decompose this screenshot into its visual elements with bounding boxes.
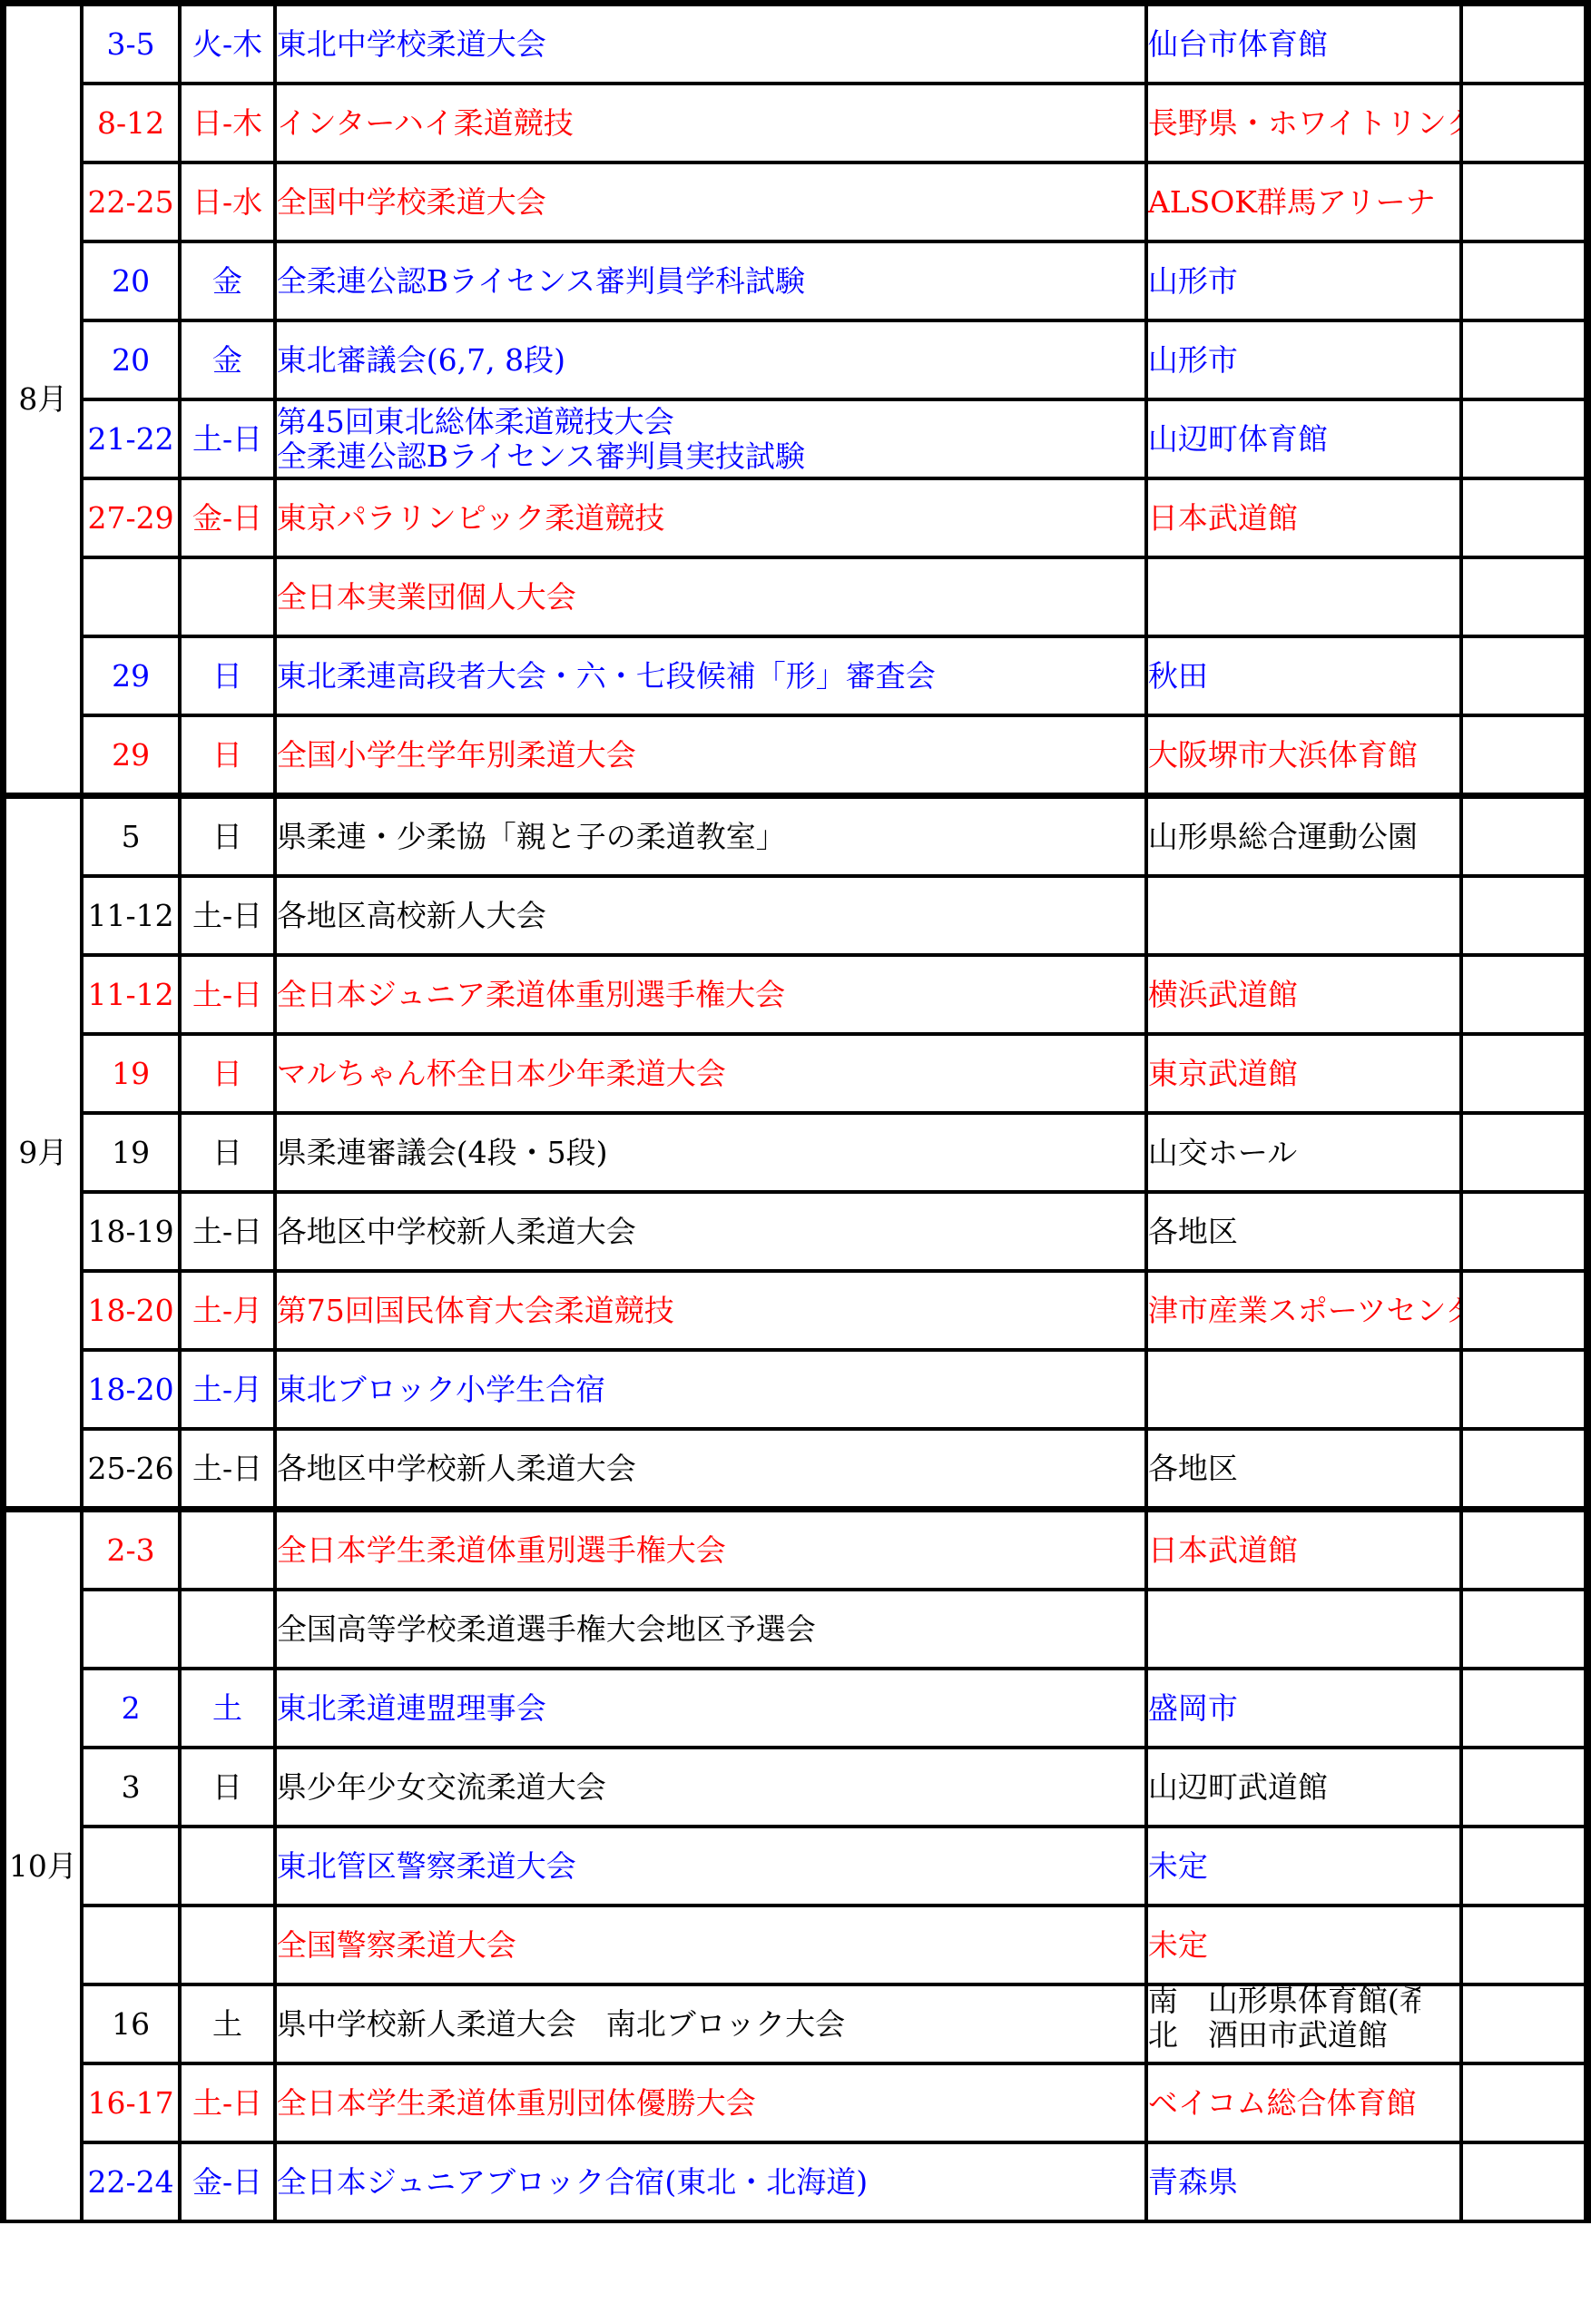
table-row: 29日東北柔連高段者大会・六・七段候補「形」審査会秋田 <box>4 636 1588 715</box>
table-row: 全国警察柔道大会未定 <box>4 1905 1588 1984</box>
event-cell: 県柔連・少柔協「親と子の柔道教室」 <box>275 796 1146 877</box>
weekday-cell: 土-月 <box>180 1350 274 1429</box>
notes-cell <box>1461 1905 1587 1984</box>
notes-cell <box>1461 2142 1587 2221</box>
venue-cell: ベイコム総合体育館 <box>1146 2063 1461 2142</box>
weekday-cell: 日 <box>180 1748 274 1827</box>
table-row: 18-20土-月第75回国民体育大会柔道競技津市産業スポーツセンター <box>4 1271 1588 1350</box>
date-cell: 3 <box>82 1748 180 1827</box>
weekday-cell: 火-木 <box>180 4 274 84</box>
event-cell: 第45回東北総体柔道競技大会全柔連公認Bライセンス審判員実技試験 <box>275 399 1146 478</box>
notes-cell <box>1461 1748 1587 1827</box>
date-cell: 3-5 <box>82 4 180 84</box>
notes-cell <box>1461 241 1587 320</box>
weekday-cell <box>180 1510 274 1590</box>
table-row: 29日全国小学生学年別柔道大会大阪堺市大浜体育館 <box>4 715 1588 796</box>
weekday-cell: 金 <box>180 320 274 399</box>
schedule-body: 8月3-5火-木東北中学校柔道大会仙台市体育館8-12日-木インターハイ柔道競技… <box>4 4 1588 2222</box>
date-cell: 20 <box>82 241 180 320</box>
table-row: 10月2-3全日本学生柔道体重別選手権大会日本武道館 <box>4 1510 1588 1590</box>
weekday-cell: 日 <box>180 715 274 796</box>
venue-cell: ALSOK群馬アリーナ <box>1146 162 1461 241</box>
weekday-cell <box>180 1590 274 1669</box>
event-cell: 各地区中学校新人柔道大会 <box>275 1192 1146 1271</box>
event-cell: 第75回国民体育大会柔道競技 <box>275 1271 1146 1350</box>
venue-cell <box>1146 876 1461 955</box>
table-row: 19日マルちゃん杯全日本少年柔道大会東京武道館 <box>4 1034 1588 1113</box>
table-row: 21-22土-日第45回東北総体柔道競技大会全柔連公認Bライセンス審判員実技試験… <box>4 399 1588 478</box>
event-cell: 東北中学校柔道大会 <box>275 4 1146 84</box>
date-cell: 5 <box>82 796 180 877</box>
table-row: 19日県柔連審議会(4段・5段)山交ホール <box>4 1113 1588 1192</box>
event-cell: 全日本実業団個人大会 <box>275 557 1146 636</box>
event-cell: 全日本ジュニアブロック合宿(東北・北海道) <box>275 2142 1146 2221</box>
table-row: 11-12土-日各地区高校新人大会 <box>4 876 1588 955</box>
weekday-cell: 日-水 <box>180 162 274 241</box>
event-line: 全柔連公認Bライセンス審判員実技試験 <box>277 439 1144 474</box>
event-cell: 県柔連審議会(4段・5段) <box>275 1113 1146 1192</box>
notes-cell <box>1461 1429 1587 1510</box>
event-cell: 県少年少女交流柔道大会 <box>275 1748 1146 1827</box>
venue-cell: 仙台市体育館 <box>1146 4 1461 84</box>
table-row: 8月3-5火-木東北中学校柔道大会仙台市体育館 <box>4 4 1588 84</box>
venue-cell: 盛岡市 <box>1146 1669 1461 1748</box>
date-cell <box>82 557 180 636</box>
date-cell: 2 <box>82 1669 180 1748</box>
weekday-cell: 日 <box>180 796 274 877</box>
notes-cell <box>1461 1271 1587 1350</box>
date-cell: 19 <box>82 1113 180 1192</box>
venue-cell: 日本武道館 <box>1146 478 1461 557</box>
notes-cell <box>1461 1984 1587 2063</box>
table-row: 16-17土-日全日本学生柔道体重別団体優勝大会ベイコム総合体育館 <box>4 2063 1588 2142</box>
date-cell: 11-12 <box>82 876 180 955</box>
notes-cell <box>1461 84 1587 162</box>
notes-cell <box>1461 320 1587 399</box>
event-cell: 東北管区警察柔道大会 <box>275 1827 1146 1905</box>
weekday-cell: 土-日 <box>180 2063 274 2142</box>
venue-cell: 山辺町体育館 <box>1146 399 1461 478</box>
table-row: 20金東北審議会(6,7, 8段)山形市 <box>4 320 1588 399</box>
notes-cell <box>1461 478 1587 557</box>
event-cell: 各地区中学校新人柔道大会 <box>275 1429 1146 1510</box>
weekday-cell: 日-木 <box>180 84 274 162</box>
notes-cell <box>1461 162 1587 241</box>
venue-cell: 津市産業スポーツセンター <box>1146 1271 1461 1350</box>
notes-cell <box>1461 1827 1587 1905</box>
date-cell: 16 <box>82 1984 180 2063</box>
weekday-cell: 金-日 <box>180 478 274 557</box>
weekday-cell: 金-日 <box>180 2142 274 2221</box>
venue-cell: 秋田 <box>1146 636 1461 715</box>
notes-cell <box>1461 636 1587 715</box>
date-cell: 27-29 <box>82 478 180 557</box>
date-cell: 29 <box>82 636 180 715</box>
weekday-cell: 土 <box>180 1984 274 2063</box>
weekday-cell: 日 <box>180 1113 274 1192</box>
venue-line: 北 酒田市武道館 <box>1148 2018 1420 2053</box>
weekday-cell: 土-日 <box>180 1429 274 1510</box>
event-cell: 全日本学生柔道体重別選手権大会 <box>275 1510 1146 1590</box>
date-cell <box>82 1590 180 1669</box>
date-cell: 18-19 <box>82 1192 180 1271</box>
date-cell: 22-24 <box>82 2142 180 2221</box>
venue-cell: 山形県総合運動公園 <box>1146 796 1461 877</box>
notes-cell <box>1461 1590 1587 1669</box>
date-cell: 18-20 <box>82 1271 180 1350</box>
weekday-cell: 土-日 <box>180 399 274 478</box>
event-cell: 東北柔連高段者大会・六・七段候補「形」審査会 <box>275 636 1146 715</box>
date-cell: 25-26 <box>82 1429 180 1510</box>
event-cell: 各地区高校新人大会 <box>275 876 1146 955</box>
weekday-cell <box>180 1905 274 1984</box>
event-line: 第45回東北総体柔道競技大会 <box>277 405 1144 439</box>
date-cell: 20 <box>82 320 180 399</box>
venue-cell <box>1146 557 1461 636</box>
event-cell: 東北柔道連盟理事会 <box>275 1669 1146 1748</box>
weekday-cell: 土-日 <box>180 955 274 1034</box>
date-cell <box>82 1905 180 1984</box>
notes-cell <box>1461 876 1587 955</box>
date-cell: 8-12 <box>82 84 180 162</box>
table-row: 16土県中学校新人柔道大会 南北ブロック大会南 山形県体育館(希望)北 酒田市武… <box>4 1984 1588 2063</box>
notes-cell <box>1461 1510 1587 1590</box>
venue-cell: 各地区 <box>1146 1192 1461 1271</box>
date-cell: 29 <box>82 715 180 796</box>
event-cell: マルちゃん杯全日本少年柔道大会 <box>275 1034 1146 1113</box>
event-cell: 全国小学生学年別柔道大会 <box>275 715 1146 796</box>
notes-cell <box>1461 1350 1587 1429</box>
month-label: 9月 <box>4 796 82 1510</box>
venue-cell <box>1146 1590 1461 1669</box>
date-cell: 19 <box>82 1034 180 1113</box>
weekday-cell: 土-日 <box>180 1192 274 1271</box>
notes-cell <box>1461 2063 1587 2142</box>
table-row: 18-20土-月東北ブロック小学生合宿 <box>4 1350 1588 1429</box>
venue-cell: 南 山形県体育館(希望)北 酒田市武道館 <box>1146 1984 1461 2063</box>
venue-cell: 青森県 <box>1146 2142 1461 2221</box>
event-cell: 全日本ジュニア柔道体重別選手権大会 <box>275 955 1146 1034</box>
event-cell: 全国中学校柔道大会 <box>275 162 1146 241</box>
weekday-cell: 日 <box>180 636 274 715</box>
venue-cell: 山形市 <box>1146 320 1461 399</box>
date-cell: 16-17 <box>82 2063 180 2142</box>
event-cell: 全柔連公認Bライセンス審判員学科試験 <box>275 241 1146 320</box>
table-row: 27-29金-日東京パラリンピック柔道競技日本武道館 <box>4 478 1588 557</box>
table-row: 2土東北柔道連盟理事会盛岡市 <box>4 1669 1588 1748</box>
date-cell: 18-20 <box>82 1350 180 1429</box>
venue-cell: 大阪堺市大浜体育館 <box>1146 715 1461 796</box>
event-cell: 全国警察柔道大会 <box>275 1905 1146 1984</box>
weekday-cell: 日 <box>180 1034 274 1113</box>
weekday-cell: 土-日 <box>180 876 274 955</box>
weekday-cell: 土-月 <box>180 1271 274 1350</box>
table-row: 3日県少年少女交流柔道大会山辺町武道館 <box>4 1748 1588 1827</box>
venue-cell: 横浜武道館 <box>1146 955 1461 1034</box>
notes-cell <box>1461 399 1587 478</box>
venue-cell: 未定 <box>1146 1905 1461 1984</box>
notes-cell <box>1461 4 1587 84</box>
event-cell: 全日本学生柔道体重別団体優勝大会 <box>275 2063 1146 2142</box>
event-cell: 東北ブロック小学生合宿 <box>275 1350 1146 1429</box>
month-label: 10月 <box>4 1510 82 2222</box>
notes-cell <box>1461 557 1587 636</box>
venue-cell: 山交ホール <box>1146 1113 1461 1192</box>
table-row: 8-12日-木インターハイ柔道競技長野県・ホワイトリンク <box>4 84 1588 162</box>
notes-cell <box>1461 955 1587 1034</box>
notes-cell <box>1461 1669 1587 1748</box>
event-cell: 東京パラリンピック柔道競技 <box>275 478 1146 557</box>
notes-cell <box>1461 1034 1587 1113</box>
venue-cell: 山辺町武道館 <box>1146 1748 1461 1827</box>
event-schedule-table: 8月3-5火-木東北中学校柔道大会仙台市体育館8-12日-木インターハイ柔道競技… <box>0 0 1591 2223</box>
table-row: 25-26土-日各地区中学校新人柔道大会各地区 <box>4 1429 1588 1510</box>
date-cell: 2-3 <box>82 1510 180 1590</box>
venue-cell: 日本武道館 <box>1146 1510 1461 1590</box>
date-cell: 21-22 <box>82 399 180 478</box>
table-row: 22-24金-日全日本ジュニアブロック合宿(東北・北海道)青森県 <box>4 2142 1588 2221</box>
table-row: 全日本実業団個人大会 <box>4 557 1588 636</box>
table-row: 22-25日-水全国中学校柔道大会ALSOK群馬アリーナ <box>4 162 1588 241</box>
weekday-cell <box>180 557 274 636</box>
notes-cell <box>1461 1192 1587 1271</box>
table-row: 東北管区警察柔道大会未定 <box>4 1827 1588 1905</box>
weekday-cell <box>180 1827 274 1905</box>
venue-cell: 東京武道館 <box>1146 1034 1461 1113</box>
event-cell: 県中学校新人柔道大会 南北ブロック大会 <box>275 1984 1146 2063</box>
event-cell: 東北審議会(6,7, 8段) <box>275 320 1146 399</box>
month-label: 8月 <box>4 4 82 796</box>
weekday-cell: 金 <box>180 241 274 320</box>
event-cell: 全国高等学校柔道選手権大会地区予選会 <box>275 1590 1146 1669</box>
notes-cell <box>1461 796 1587 877</box>
venue-cell: 長野県・ホワイトリンク <box>1146 84 1461 162</box>
table-row: 全国高等学校柔道選手権大会地区予選会 <box>4 1590 1588 1669</box>
table-row: 18-19土-日各地区中学校新人柔道大会各地区 <box>4 1192 1588 1271</box>
table-row: 11-12土-日全日本ジュニア柔道体重別選手権大会横浜武道館 <box>4 955 1588 1034</box>
table-row: 20金全柔連公認Bライセンス審判員学科試験山形市 <box>4 241 1588 320</box>
notes-cell <box>1461 715 1587 796</box>
event-cell: インターハイ柔道競技 <box>275 84 1146 162</box>
venue-cell: 山形市 <box>1146 241 1461 320</box>
venue-cell: 未定 <box>1146 1827 1461 1905</box>
venue-line: 南 山形県体育館(希望) <box>1148 1984 1420 2018</box>
date-cell: 22-25 <box>82 162 180 241</box>
notes-cell <box>1461 1113 1587 1192</box>
table-row: 9月5日県柔連・少柔協「親と子の柔道教室」山形県総合運動公園 <box>4 796 1588 877</box>
weekday-cell: 土 <box>180 1669 274 1748</box>
date-cell <box>82 1827 180 1905</box>
date-cell: 11-12 <box>82 955 180 1034</box>
venue-cell <box>1146 1350 1461 1429</box>
venue-cell: 各地区 <box>1146 1429 1461 1510</box>
